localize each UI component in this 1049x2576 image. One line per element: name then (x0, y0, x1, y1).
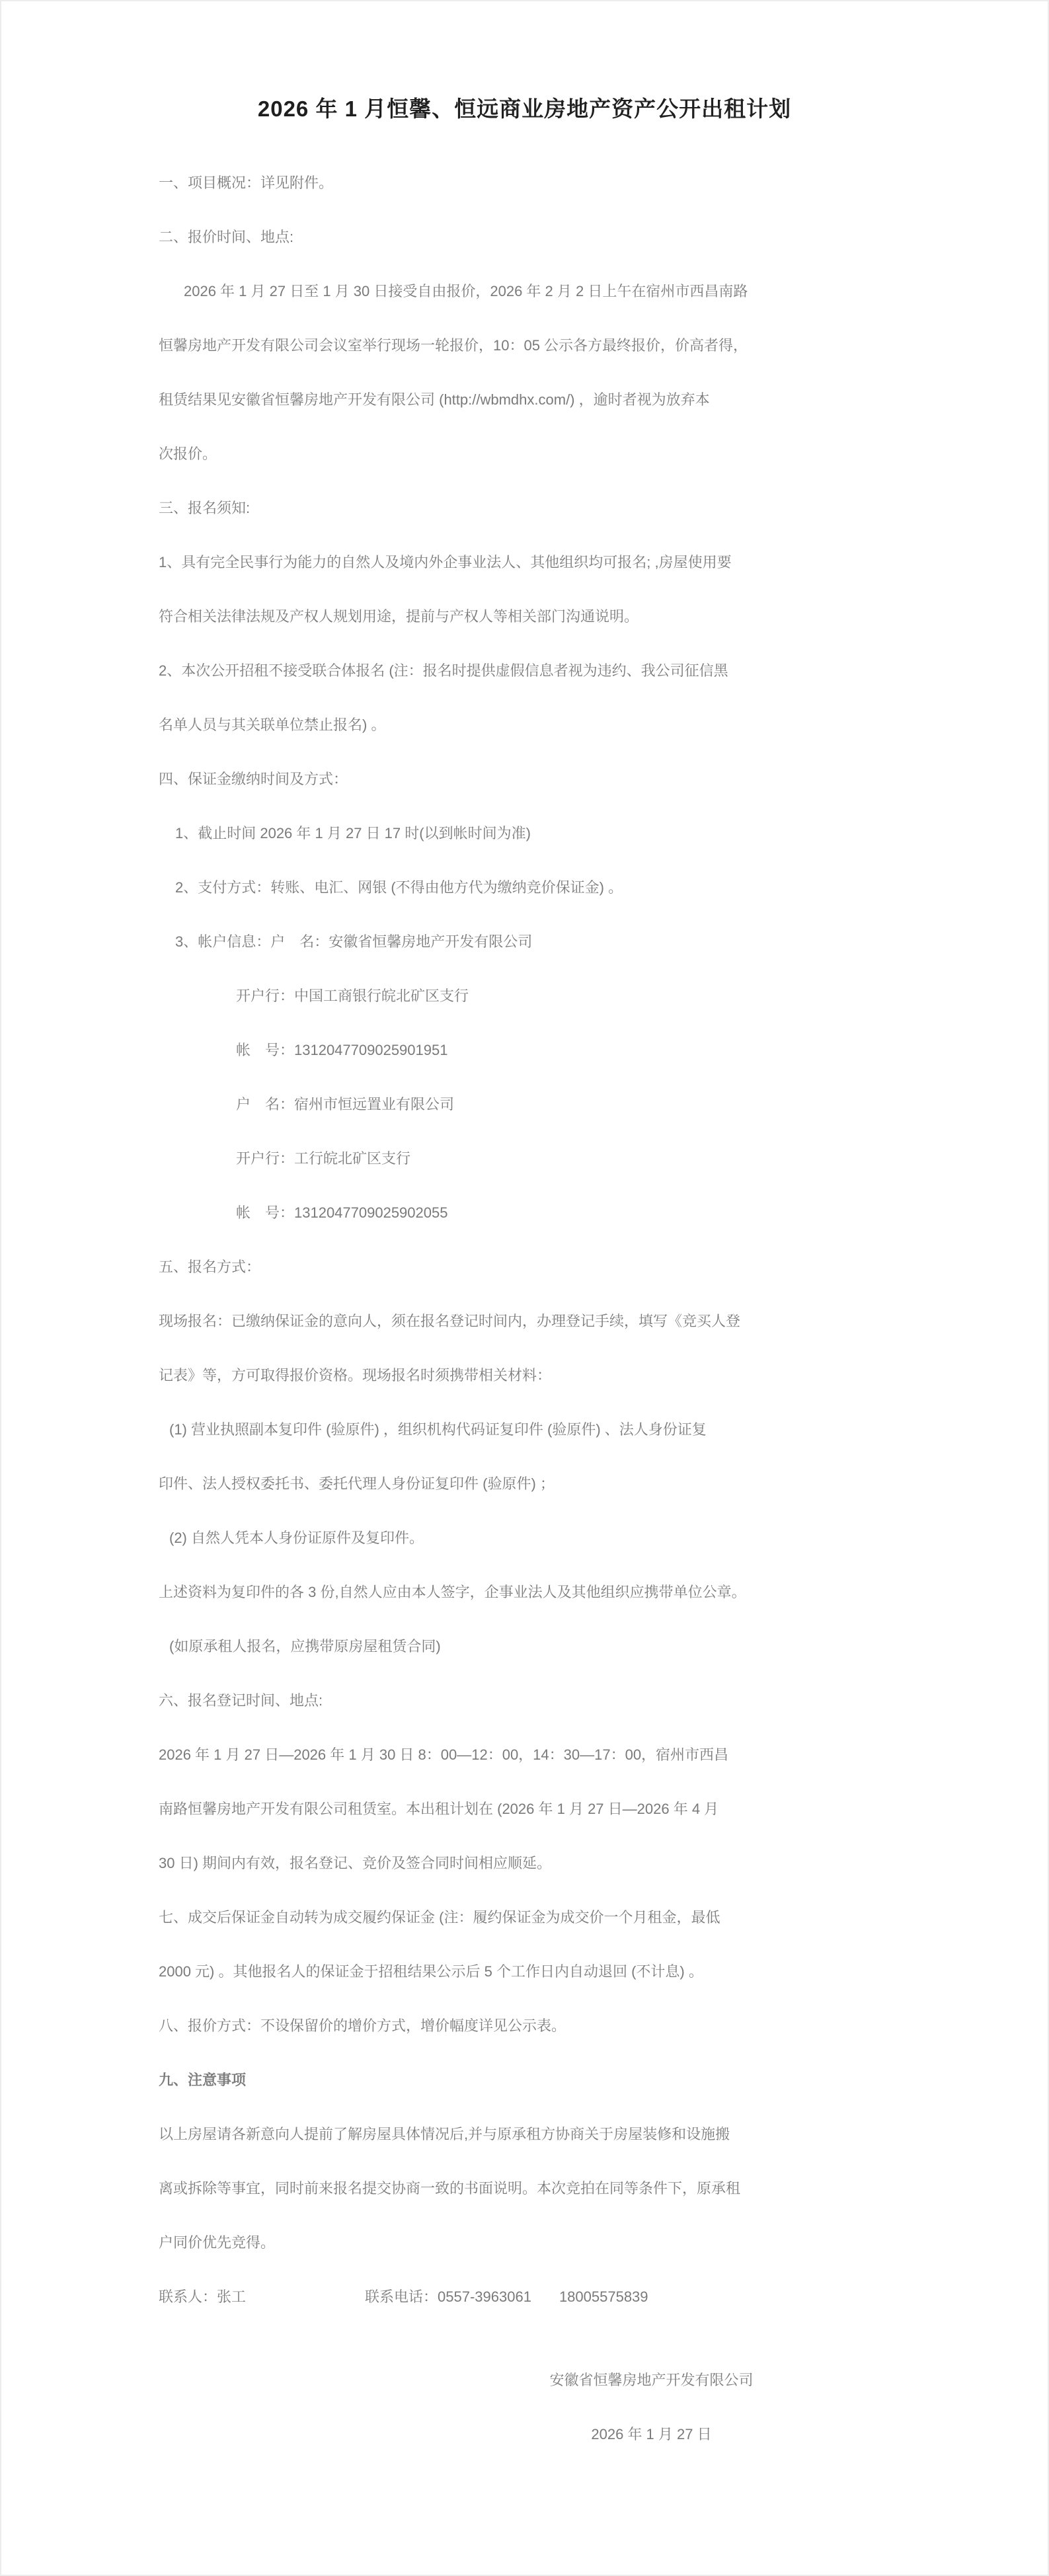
doc-line: 南路恒馨房地产开发有限公司租赁室。本出租计划在 (2026 年 1 月 27 日… (159, 1782, 988, 1836)
doc-line: 1、具有完全民事行为能力的自然人及境内外企事业法人、其他组织均可报名; ,房屋使… (159, 535, 988, 590)
doc-line: 名单人员与其关联单位禁止报名) 。 (159, 698, 988, 752)
signature-block: 安徽省恒馨房地产开发有限公司 2026 年 1 月 27 日 (1, 2353, 1048, 2462)
section-heading: 六、报名登记时间、地点: (159, 1674, 988, 1728)
doc-line: 恒馨房地产开发有限公司会议室举行现场一轮报价，10：05 公示各方最终报价，价高… (159, 319, 988, 373)
signature-company: 安徽省恒馨房地产开发有限公司 (255, 2353, 1048, 2407)
section-heading: 三、报名须知: (159, 481, 988, 535)
doc-line: 次报价。 (159, 427, 988, 481)
doc-line: 符合相关法律法规及产权人规划用途，提前与产权人等相关部门沟通说明。 (159, 590, 988, 644)
doc-line: 3、帐户信息：户 名：安徽省恒馨房地产开发有限公司 (159, 915, 988, 969)
doc-line: 30 日) 期间内有效，报名登记、竞价及签合同时间相应顺延。 (159, 1836, 988, 1891)
doc-line: 以上房屋请各新意向人提前了解房屋具体情况后,并与原承租方协商关于房屋装修和设施搬 (159, 2107, 988, 2162)
section-heading: 五、报名方式： (159, 1240, 988, 1294)
bank-detail-line: 户 名：宿州市恒远置业有限公司 (159, 1077, 988, 1132)
section-heading: 九、注意事项 (159, 2053, 988, 2107)
doc-line: (如原承租人报名，应携带原房屋租赁合同) (159, 1620, 988, 1674)
section-heading: 七、成交后保证金自动转为成交履约保证金 (注：履约保证金为成交价一个月租金，最低 (159, 1891, 988, 1945)
bank-detail-line: 开户行：中国工商银行皖北矿区支行 (159, 969, 988, 1023)
doc-line: (1) 营业执照副本复印件 (验原件) ，组织机构代码证复印件 (验原件) 、法… (159, 1403, 988, 1457)
doc-line: 上述资料为复印件的各 3 份,自然人应由本人签字，企事业法人及其他组织应携带单位… (159, 1565, 988, 1620)
doc-line: 2、支付方式：转账、电汇、网银 (不得由他方代为缴纳竞价保证金) 。 (159, 861, 988, 915)
section-heading: 四、保证金缴纳时间及方式： (159, 752, 988, 806)
doc-line: 1、截止时间 2026 年 1 月 27 日 17 时(以到帐时间为准) (159, 806, 988, 861)
doc-line: (2) 自然人凭本人身份证原件及复印件。 (159, 1511, 988, 1565)
contact-person: 联系人：张工 (159, 2288, 246, 2305)
contact-line: 联系人：张工联系电话：0557-396306118005575839 (159, 2270, 988, 2324)
doc-line: 现场报名：已缴纳保证金的意向人，须在报名登记时间内，办理登记手续，填写《竞买人登 (159, 1294, 988, 1348)
bank-detail-line: 帐 号：1312047709025901951 (159, 1023, 988, 1077)
bank-detail-line: 帐 号：1312047709025902055 (159, 1186, 988, 1240)
bank-detail-line: 开户行：工行皖北矿区支行 (159, 1132, 988, 1186)
section-heading: 二、报价时间、地点: (159, 210, 988, 264)
contact-phone-alt: 18005575839 (559, 2288, 648, 2305)
doc-line: 2、本次公开招租不接受联合体报名 (注：报名时提供虚假信息者视为违约、我公司征信… (159, 644, 988, 698)
document-page: { "doc": { "title": "2026 年 1 月恒馨、恒远商业房地… (0, 0, 1049, 2576)
contact-phone: 联系电话：0557-3963061 (365, 2288, 531, 2305)
page-title: 2026 年 1 月恒馨、恒远商业房地产资产公开出租计划 (1, 93, 1048, 126)
doc-line: 印件、法人授权委托书、委托代理人身份证复印件 (验原件) ； (159, 1457, 988, 1511)
section-heading: 八、报价方式：不设保留价的增价方式，增价幅度详见公示表。 (159, 1999, 988, 2053)
document-body: 一、项目概况：详见附件。 二、报价时间、地点: 2026 年 1 月 27 日至… (1, 156, 1048, 2324)
doc-line: 离或拆除等事宜，同时前来报名提交协商一致的书面说明。本次竞拍在同等条件下，原承租 (159, 2162, 988, 2216)
doc-line: 2026 年 1 月 27 日至 1 月 30 日接受自由报价，2026 年 2… (159, 264, 988, 319)
section-heading: 一、项目概况：详见附件。 (159, 156, 988, 210)
doc-line: 2000 元) 。其他报名人的保证金于招租结果公示后 5 个工作日内自动退回 (… (159, 1945, 988, 1999)
doc-line: 户同价优先竞得。 (159, 2216, 988, 2270)
doc-line: 2026 年 1 月 27 日—2026 年 1 月 30 日 8：00—12：… (159, 1728, 988, 1782)
signature-date: 2026 年 1 月 27 日 (255, 2407, 1048, 2462)
doc-line: 记表》等，方可取得报价资格。现场报名时须携带相关材料： (159, 1348, 988, 1403)
doc-line: 租赁结果见安徽省恒馨房地产开发有限公司 (http://wbmdhx.com/)… (159, 373, 988, 427)
